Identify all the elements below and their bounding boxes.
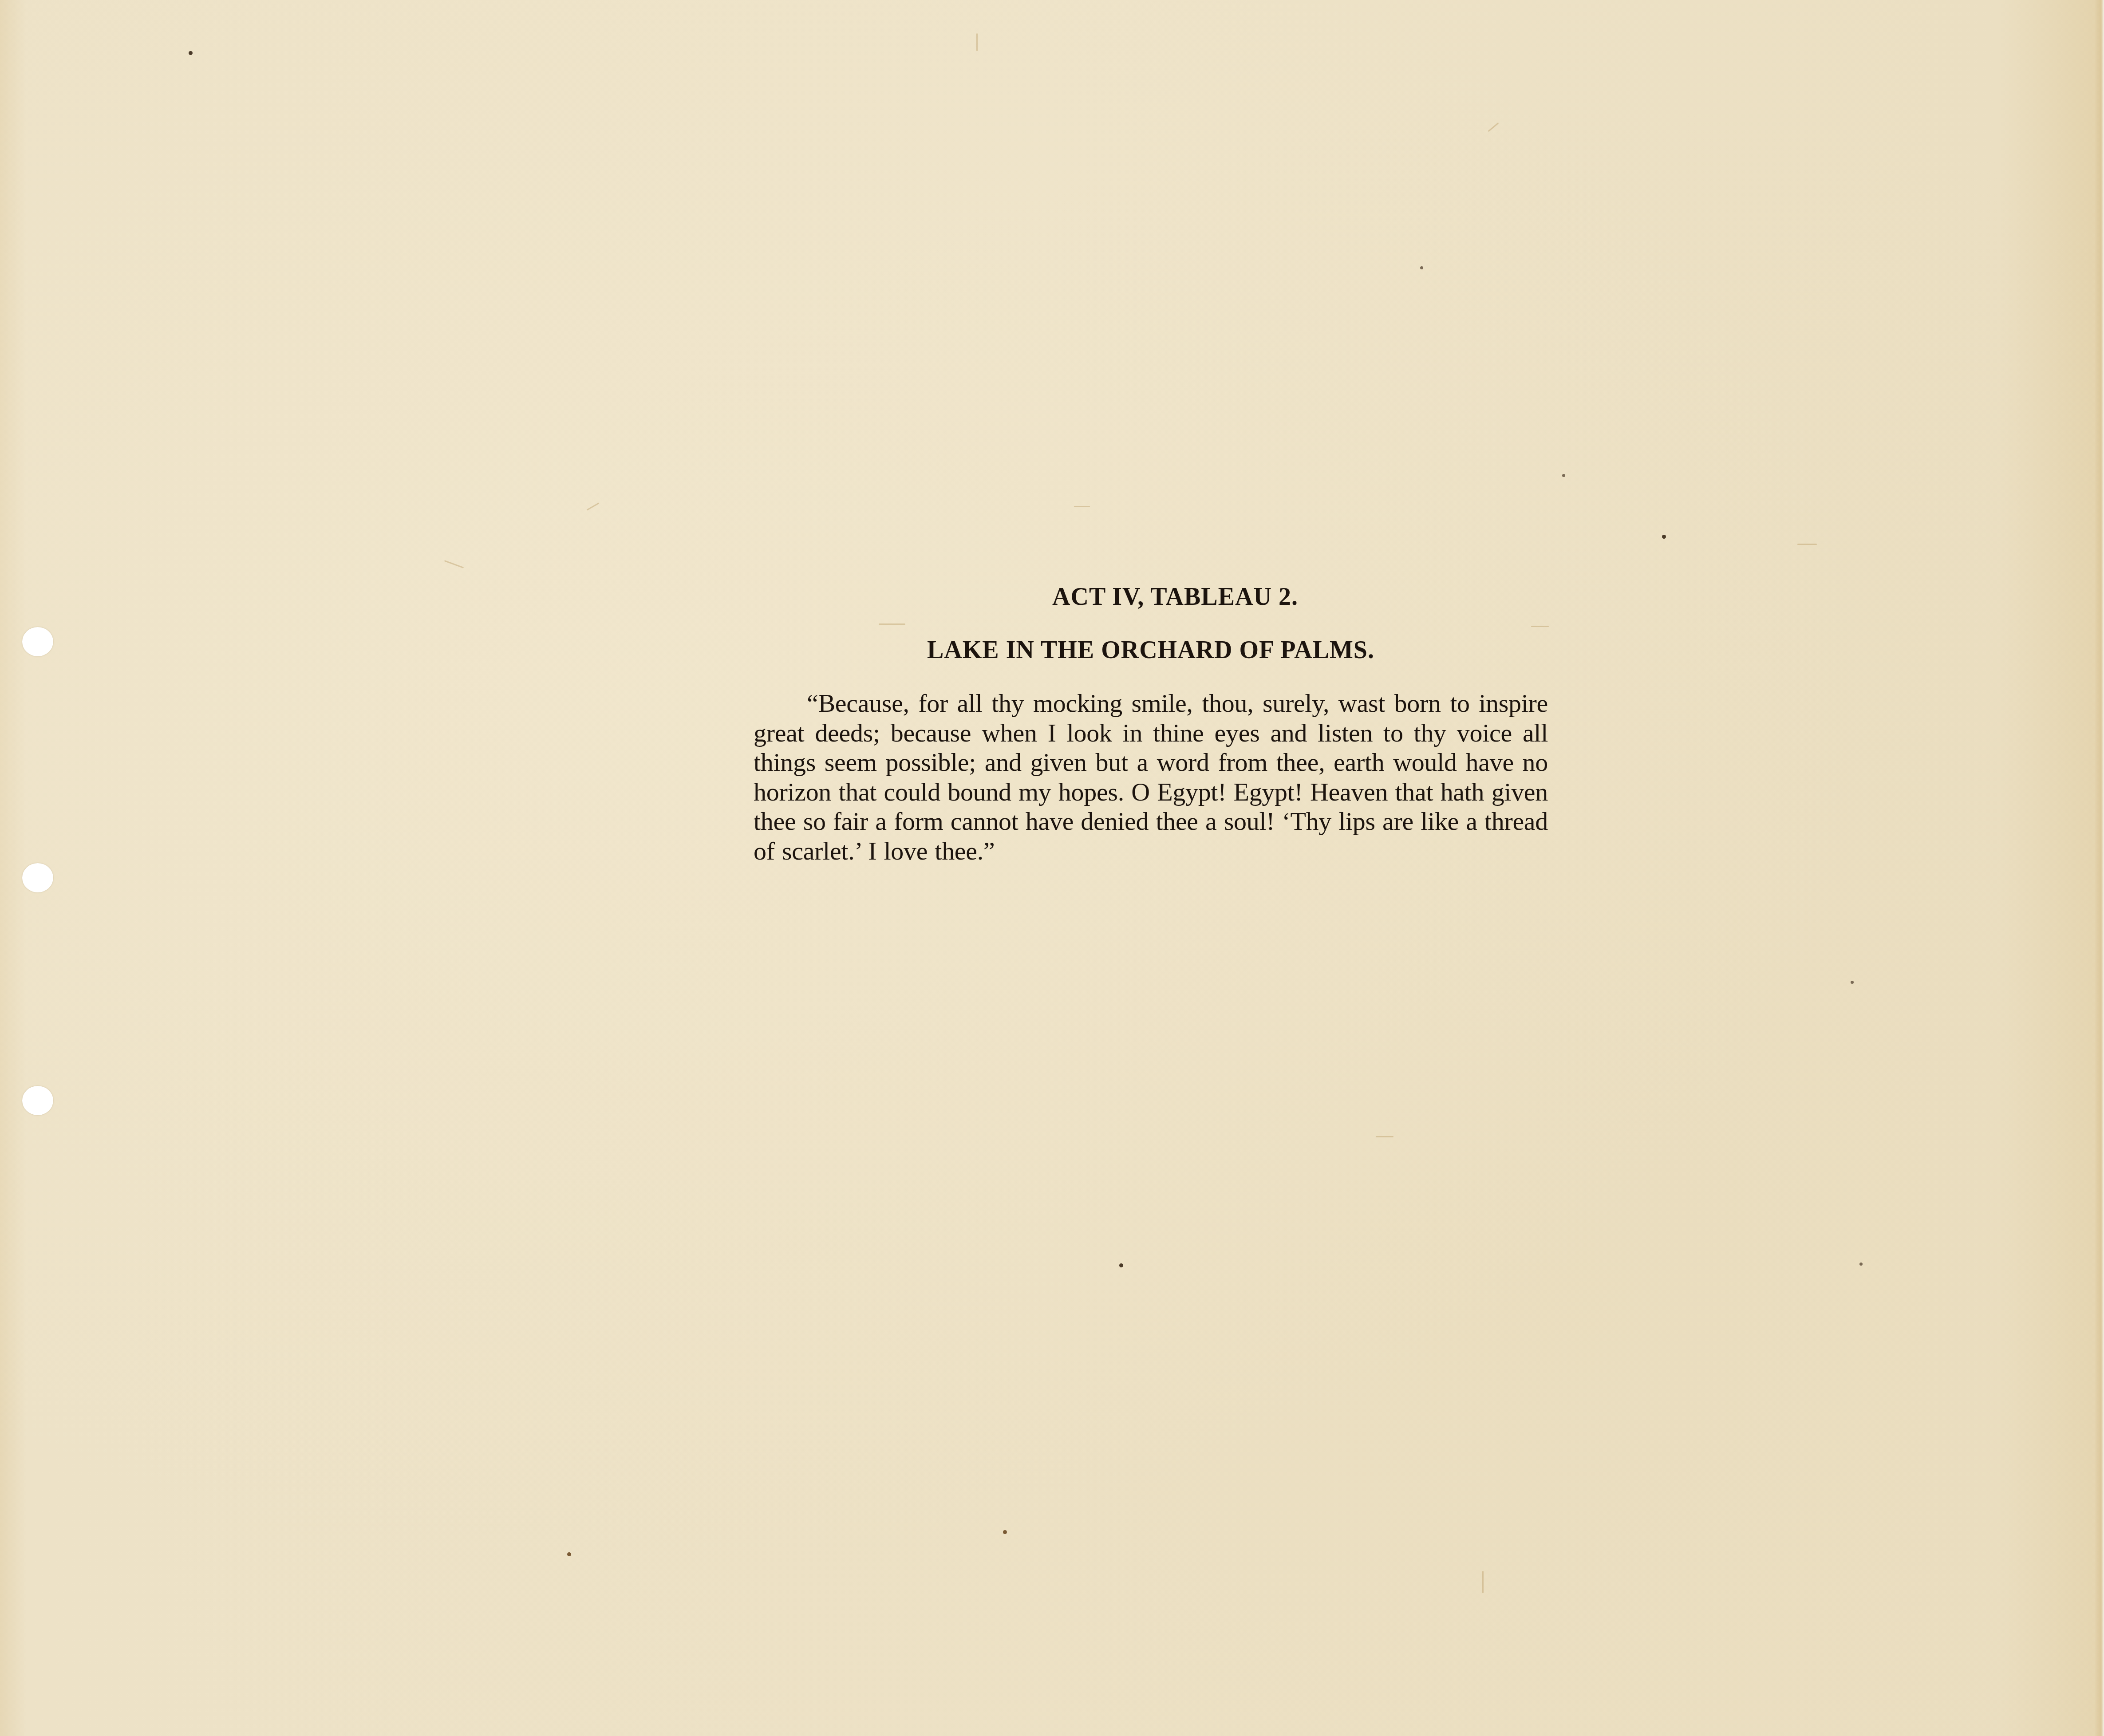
paper-fiber (1376, 1136, 1393, 1137)
paper-fiber (1797, 544, 1817, 545)
paper-fiber (976, 33, 978, 51)
paper-speck (567, 1552, 571, 1556)
paper-fiber (1488, 122, 1499, 132)
paper-fiber (586, 502, 599, 511)
paper-speck (1420, 266, 1423, 269)
paper-speck (1119, 1263, 1123, 1267)
punch-hole-top (22, 627, 53, 656)
paper-speck (1859, 1263, 1863, 1266)
paper-sheet: ACT IV, TABLEAU 2. LAKE IN THE ORCHARD O… (0, 0, 2104, 1736)
paper-speck (1851, 981, 1854, 984)
scene-subheading: LAKE IN THE ORCHARD OF PALMS. (754, 635, 1548, 666)
paper-speck (1003, 1530, 1007, 1534)
punch-hole-middle (22, 863, 53, 892)
page-content: ACT IV, TABLEAU 2. LAKE IN THE ORCHARD O… (754, 581, 1548, 866)
act-heading: ACT IV, TABLEAU 2. (754, 581, 1548, 612)
paper-speck (189, 51, 193, 55)
quotation-paragraph: “Because, for all thy mocking smile, tho… (754, 689, 1548, 866)
paper-fiber (444, 560, 464, 568)
punch-hole-bottom (22, 1086, 53, 1115)
paper-fiber (1482, 1571, 1484, 1593)
paper-fiber (1074, 506, 1090, 507)
page-edge (2094, 0, 2104, 1736)
paper-speck (1662, 535, 1666, 539)
paper-speck (1562, 474, 1565, 477)
